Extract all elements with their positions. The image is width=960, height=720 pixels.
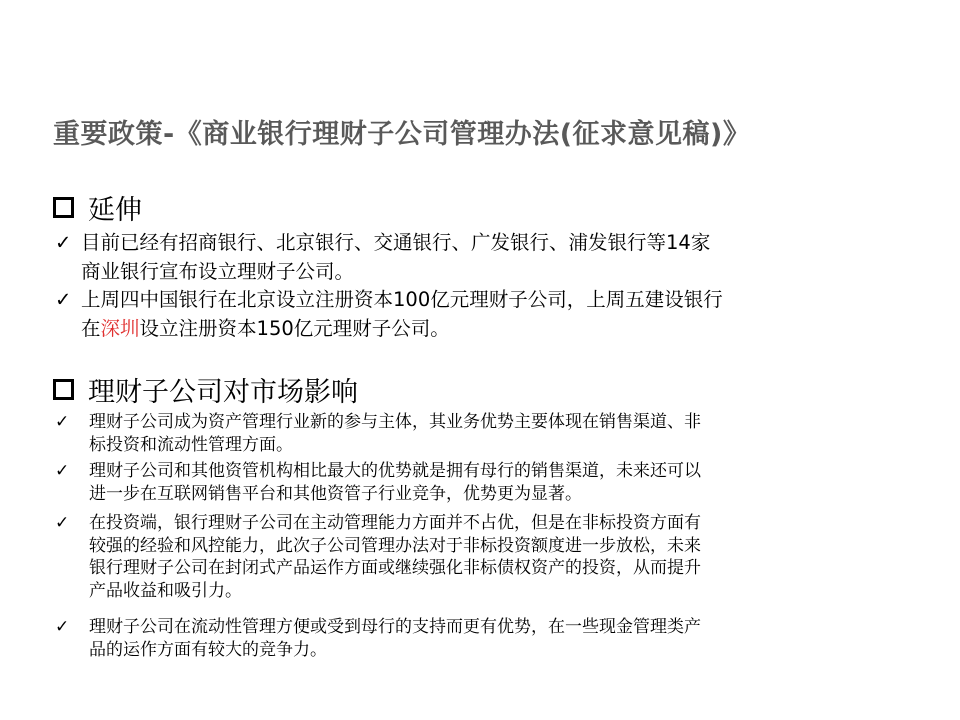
checkmark-icon: ✓	[55, 512, 69, 535]
text-suffix: 设立注册资本150亿元理财子公司。	[140, 317, 450, 340]
section-heading-extension: 延伸	[53, 188, 142, 227]
bullet-line: 商业银行宣布设立理财子公司。	[81, 257, 710, 286]
square-bullet-icon	[53, 379, 74, 400]
list-item: ✓ 理财子公司和其他资管机构相比最大的优势就是拥有母行的销售渠道，未来还可以 进…	[55, 460, 701, 505]
section-heading-label: 理财子公司对市场影响	[88, 370, 358, 409]
list-item: ✓ 理财子公司在流动性管理方便或受到母行的支持而更有优势，在一些现金管理类产 品…	[55, 616, 701, 661]
checkmark-icon: ✓	[55, 460, 69, 483]
bullet-line: 理财子公司和其他资管机构相比最大的优势就是拥有母行的销售渠道，未来还可以	[89, 460, 701, 483]
checkmark-icon: ✓	[55, 411, 69, 434]
bullet-line: 在投资端，银行理财子公司在主动管理能力方面并不占优，但是在非标投资方面有	[89, 512, 701, 535]
checkmark-icon: ✓	[55, 616, 69, 639]
bullet-line: 标投资和流动性管理方面。	[89, 434, 701, 457]
section-heading-label: 延伸	[88, 188, 142, 227]
bullet-line: 目前已经有招商银行、北京银行、交通银行、广发银行、浦发银行等14家	[81, 228, 710, 257]
list-item: ✓ 理财子公司成为资产管理行业新的参与主体，其业务优势主要体现在销售渠道、非 标…	[55, 411, 701, 456]
list-item: ✓ 目前已经有招商银行、北京银行、交通银行、广发银行、浦发银行等14家 商业银行…	[55, 228, 710, 286]
bullet-line: 上周四中国银行在北京设立注册资本100亿元理财子公司，上周五建设银行	[81, 285, 723, 314]
bullet-line: 产品收益和吸引力。	[89, 580, 701, 603]
slide-title: 重要政策-《商业银行理财子公司管理办法(征求意见稿)》	[53, 112, 750, 151]
highlight-text: 深圳	[101, 317, 140, 340]
bullet-line: 品的运作方面有较大的竞争力。	[89, 639, 701, 662]
bullet-line: 银行理财子公司在封闭式产品运作方面或继续强化非标债权资产的投资，从而提升	[89, 557, 701, 580]
bullet-line: 进一步在互联网销售平台和其他资管子行业竞争，优势更为显著。	[89, 483, 701, 506]
bullet-line: 较强的经验和风控能力，此次子公司管理办法对于非标投资额度进一步放松，未来	[89, 535, 701, 558]
square-bullet-icon	[53, 197, 74, 218]
bullet-line: 理财子公司在流动性管理方便或受到母行的支持而更有优势，在一些现金管理类产	[89, 616, 701, 639]
list-item: ✓ 在投资端，银行理财子公司在主动管理能力方面并不占优，但是在非标投资方面有 较…	[55, 512, 701, 602]
bullet-line: 理财子公司成为资产管理行业新的参与主体，其业务优势主要体现在销售渠道、非	[89, 411, 701, 434]
text-prefix: 在	[81, 317, 101, 340]
checkmark-icon: ✓	[55, 228, 71, 257]
checkmark-icon: ✓	[55, 285, 71, 314]
bullet-line: 在深圳设立注册资本150亿元理财子公司。	[81, 314, 723, 343]
section-heading-market-impact: 理财子公司对市场影响	[53, 370, 358, 409]
list-item: ✓ 上周四中国银行在北京设立注册资本100亿元理财子公司，上周五建设银行 在深圳…	[55, 285, 723, 343]
